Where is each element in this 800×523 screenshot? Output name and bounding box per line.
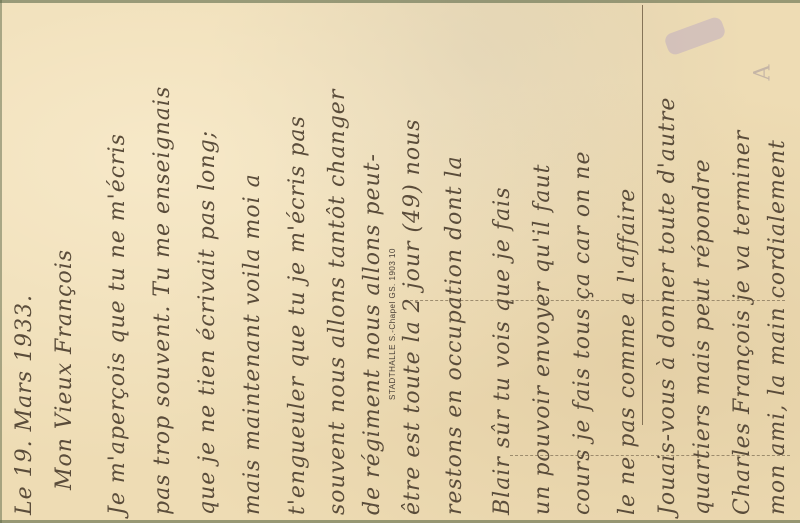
card-edge-left: [0, 0, 2, 523]
handwriting-line-12: Blair sûr tu vois que je fais: [490, 186, 515, 515]
handwriting-line-18: Charles François je va terminer: [730, 130, 755, 515]
handwriting-line-8: souvent nous allons tantôt changer: [325, 89, 350, 515]
card-edge-top: [0, 0, 800, 3]
handwriting-line-15: le ne pas comme a l'affaire: [615, 188, 640, 515]
handwriting-line-3: Je m'aperçois que tu ne m'écris: [105, 133, 130, 515]
violet-stamp-mark: [663, 15, 727, 56]
handwriting-line-13: un pouvoir envoyer qu'il faut: [530, 163, 555, 515]
handwriting-line-14: cours je fais tous ça car on ne: [570, 151, 595, 515]
handwriting-line-5: que je ne tien écrivait pas long;: [195, 130, 220, 515]
handwriting-line-16: Jouais-vous à donner toute d'autre: [655, 97, 680, 515]
handwriting-line-11: restons en occupation dont la: [442, 155, 467, 515]
handwriting-line-1: Le 19. Mars 1933.: [12, 294, 37, 515]
address-line: [642, 5, 643, 425]
corner-pencil-mark: A: [750, 65, 775, 81]
printed-publisher-imprint: STADTHALLE S.-Chapel GS. 1903 10: [388, 248, 397, 400]
handwriting-line-7: t'engueuler que tu je m'écris pas: [285, 115, 310, 515]
handwriting-line-19: mon ami, la main cordialement: [765, 139, 790, 515]
handwriting-line-2: Mon Vieux François: [52, 249, 77, 490]
postcard-back: A Le 19. Mars 1933. Mon Vieux François J…: [0, 0, 800, 523]
handwriting-line-9: de régiment nous allons peut-: [360, 153, 385, 515]
handwriting-line-10: être est toute la 2 jour (49) nous: [400, 118, 425, 515]
handwriting-line-4: pas trop souvent. Tu me enseignais: [150, 86, 175, 515]
handwriting-line-6: mais maintenant voila moi a: [240, 173, 265, 515]
handwriting-line-17: quartiers mais peut répondre: [690, 158, 715, 515]
